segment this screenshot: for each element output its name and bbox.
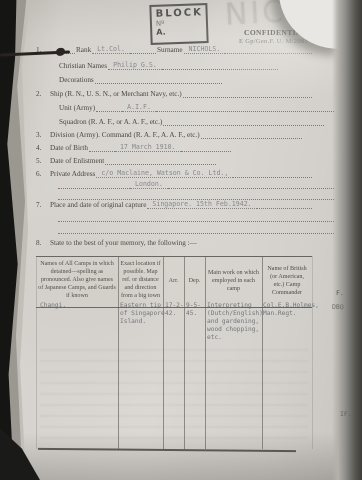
dotted-leader — [181, 150, 231, 152]
col-header-dep: Dep. — [184, 278, 205, 286]
form-line-address2: London. — [36, 179, 334, 189]
christian-names-value: Philip G.S. — [108, 61, 162, 70]
ship-label: Ship (R. N., U. S. N., or Merchant Navy,… — [49, 90, 183, 98]
question-number: 8. — [36, 239, 49, 247]
cell-work: Interpreting (Dutch/English) and gardeni… — [207, 302, 263, 342]
margin-mark-f: F. — [336, 289, 344, 297]
table-right-rule — [312, 256, 313, 449]
page-stack-edge — [332, 0, 362, 480]
form-line-division: 3. Division (Army). Command (R. A. F., A… — [36, 129, 302, 139]
enlistment-label: Date of Enlistment — [49, 157, 105, 165]
scanned-document: BLOCK Nº A. NIC CONFIDENTIAL E Gp/Gen.F.… — [0, 0, 362, 480]
cell-arrival: 17-2- 42. — [165, 302, 184, 318]
block-number-stamp: BLOCK Nº A. — [149, 3, 208, 45]
cell-arrival-line: 17-2- — [165, 302, 184, 310]
dotted-leader — [156, 110, 334, 112]
question-number: 2. — [36, 90, 49, 98]
dotted-leader — [105, 163, 216, 165]
surname-value: NICHOLS. — [184, 45, 226, 54]
rank-value: Lt.Col. — [92, 45, 130, 54]
capture-label: Place and date of original capture — [49, 201, 147, 209]
col-header-commander: Name of British (or American, etc.) Camp… — [262, 266, 312, 298]
dotted-leader — [257, 207, 312, 209]
address-value2: London. — [130, 180, 168, 189]
birth-label: Date of Birth — [49, 144, 89, 152]
dotted-leader — [225, 52, 312, 54]
form-line-squadron: Squadron (R. A. F., or A. A. F., etc.) — [36, 116, 324, 126]
cell-camp: Changi. — [40, 302, 66, 310]
form-ruled-line — [36, 212, 334, 222]
surname-label: Surname — [156, 46, 184, 54]
col-header-location: Exact location if possible. Map ref. or … — [118, 261, 163, 301]
table-bottom-rule — [38, 448, 296, 452]
q8-label: State to the best of your memory, the fo… — [49, 239, 198, 247]
question-number: 3. — [36, 131, 49, 139]
cell-location-line: of Singapore — [120, 310, 165, 318]
col-header-camps: Names of All Camps in which detained—spe… — [36, 261, 118, 301]
squadron-label: Squadron (R. A. F., or A. A. F., etc.) — [58, 118, 163, 126]
margin-mark-if: IF. — [340, 410, 352, 418]
unit-label: Unit (Army) — [58, 104, 96, 112]
cell-departure-line: 45. — [186, 310, 201, 318]
cell-commander-line: Man.Regt. — [263, 310, 319, 318]
stamp-no: Nº — [156, 18, 202, 28]
paper-sheet: BLOCK Nº A. NIC CONFIDENTIAL E Gp/Gen.F.… — [18, 0, 340, 480]
dotted-leader — [163, 124, 324, 126]
cell-location-line: Island. — [120, 318, 165, 326]
form-line-decorations: Decorations — [36, 74, 222, 84]
form-line-q8: 8. State to the best of your memory, the… — [36, 237, 312, 247]
address-label: Private Address — [49, 170, 96, 178]
dotted-leader — [58, 187, 130, 189]
cell-location-line: Eastern tip — [120, 302, 165, 310]
form-line-unit: Unit (Army) A.I.F. — [36, 102, 334, 112]
cell-departure: 9-5- 45. — [186, 302, 201, 318]
rank-label: Rank — [75, 46, 92, 54]
table-top-rule — [36, 256, 312, 257]
dotted-leader — [58, 220, 334, 222]
form-line-capture: 7. Place and date of original capture Si… — [36, 199, 312, 209]
dotted-leader — [89, 150, 115, 152]
cell-work-line: (Dutch/English) — [207, 310, 263, 318]
form-line-rank-surname: 1. Rank Lt.Col. Surname NICHOLS. — [36, 44, 312, 54]
col-header-work: Main work on which employed in each camp — [205, 270, 262, 294]
dotted-leader — [201, 137, 302, 139]
form-line-birth: 4. Date of Birth 17 March 1910. — [36, 142, 231, 152]
cell-departure-line: 9-5- — [186, 302, 201, 310]
form-ruled-line — [36, 224, 334, 234]
cell-commander-line: Col.E.B.Holmes, — [263, 302, 319, 310]
dotted-leader — [130, 52, 156, 54]
address-value: c/o Maclaine, Watson & Co. Ltd., — [96, 169, 233, 178]
form-line-ship: 2. Ship (R. N., U. S. N., or Merchant Na… — [36, 88, 312, 98]
christian-names-label: Christian Names — [58, 62, 108, 70]
cell-work-line: wood chopping, — [207, 326, 263, 334]
dotted-leader — [58, 232, 334, 234]
question-number: 4. — [36, 144, 49, 152]
cell-work-line: and gardening, — [207, 318, 263, 326]
cell-work-line: Interpreting — [207, 302, 263, 310]
cell-location: Eastern tip of Singapore Island. — [120, 302, 165, 326]
question-number: 6. — [36, 170, 49, 178]
capture-value: Singapore. 15th Feb.1942. — [147, 200, 256, 209]
cell-arrival-line: 42. — [165, 310, 184, 318]
form-line-enlistment: 5. Date of Enlistment — [36, 155, 216, 165]
form-line-address: 6. Private Address c/o Maclaine, Watson … — [36, 168, 312, 178]
dotted-leader — [96, 110, 122, 112]
division-label: Division (Army). Command (R. A. F., A. A… — [49, 131, 201, 139]
question-number: 5. — [36, 157, 49, 165]
dotted-leader — [168, 187, 334, 189]
question-number: 7. — [36, 201, 49, 209]
col-header-arr: Arr. — [163, 278, 184, 286]
cell-commander: Col.E.B.Holmes, Man.Regt. — [263, 302, 319, 318]
form-line-christian-names: Christian Names Philip G.S. — [36, 60, 278, 70]
stamp-letter: A. — [156, 26, 202, 37]
dotted-leader — [162, 68, 278, 70]
unit-value: A.I.F. — [122, 103, 156, 112]
decorations-label: Decorations — [58, 76, 95, 84]
dotted-leader — [95, 82, 222, 84]
dotted-leader — [183, 96, 312, 98]
dotted-leader — [233, 176, 312, 178]
birth-value: 17 March 1910. — [115, 143, 181, 152]
margin-mark-dbo: DBO — [332, 303, 344, 312]
bleed-through-text — [40, 340, 308, 444]
